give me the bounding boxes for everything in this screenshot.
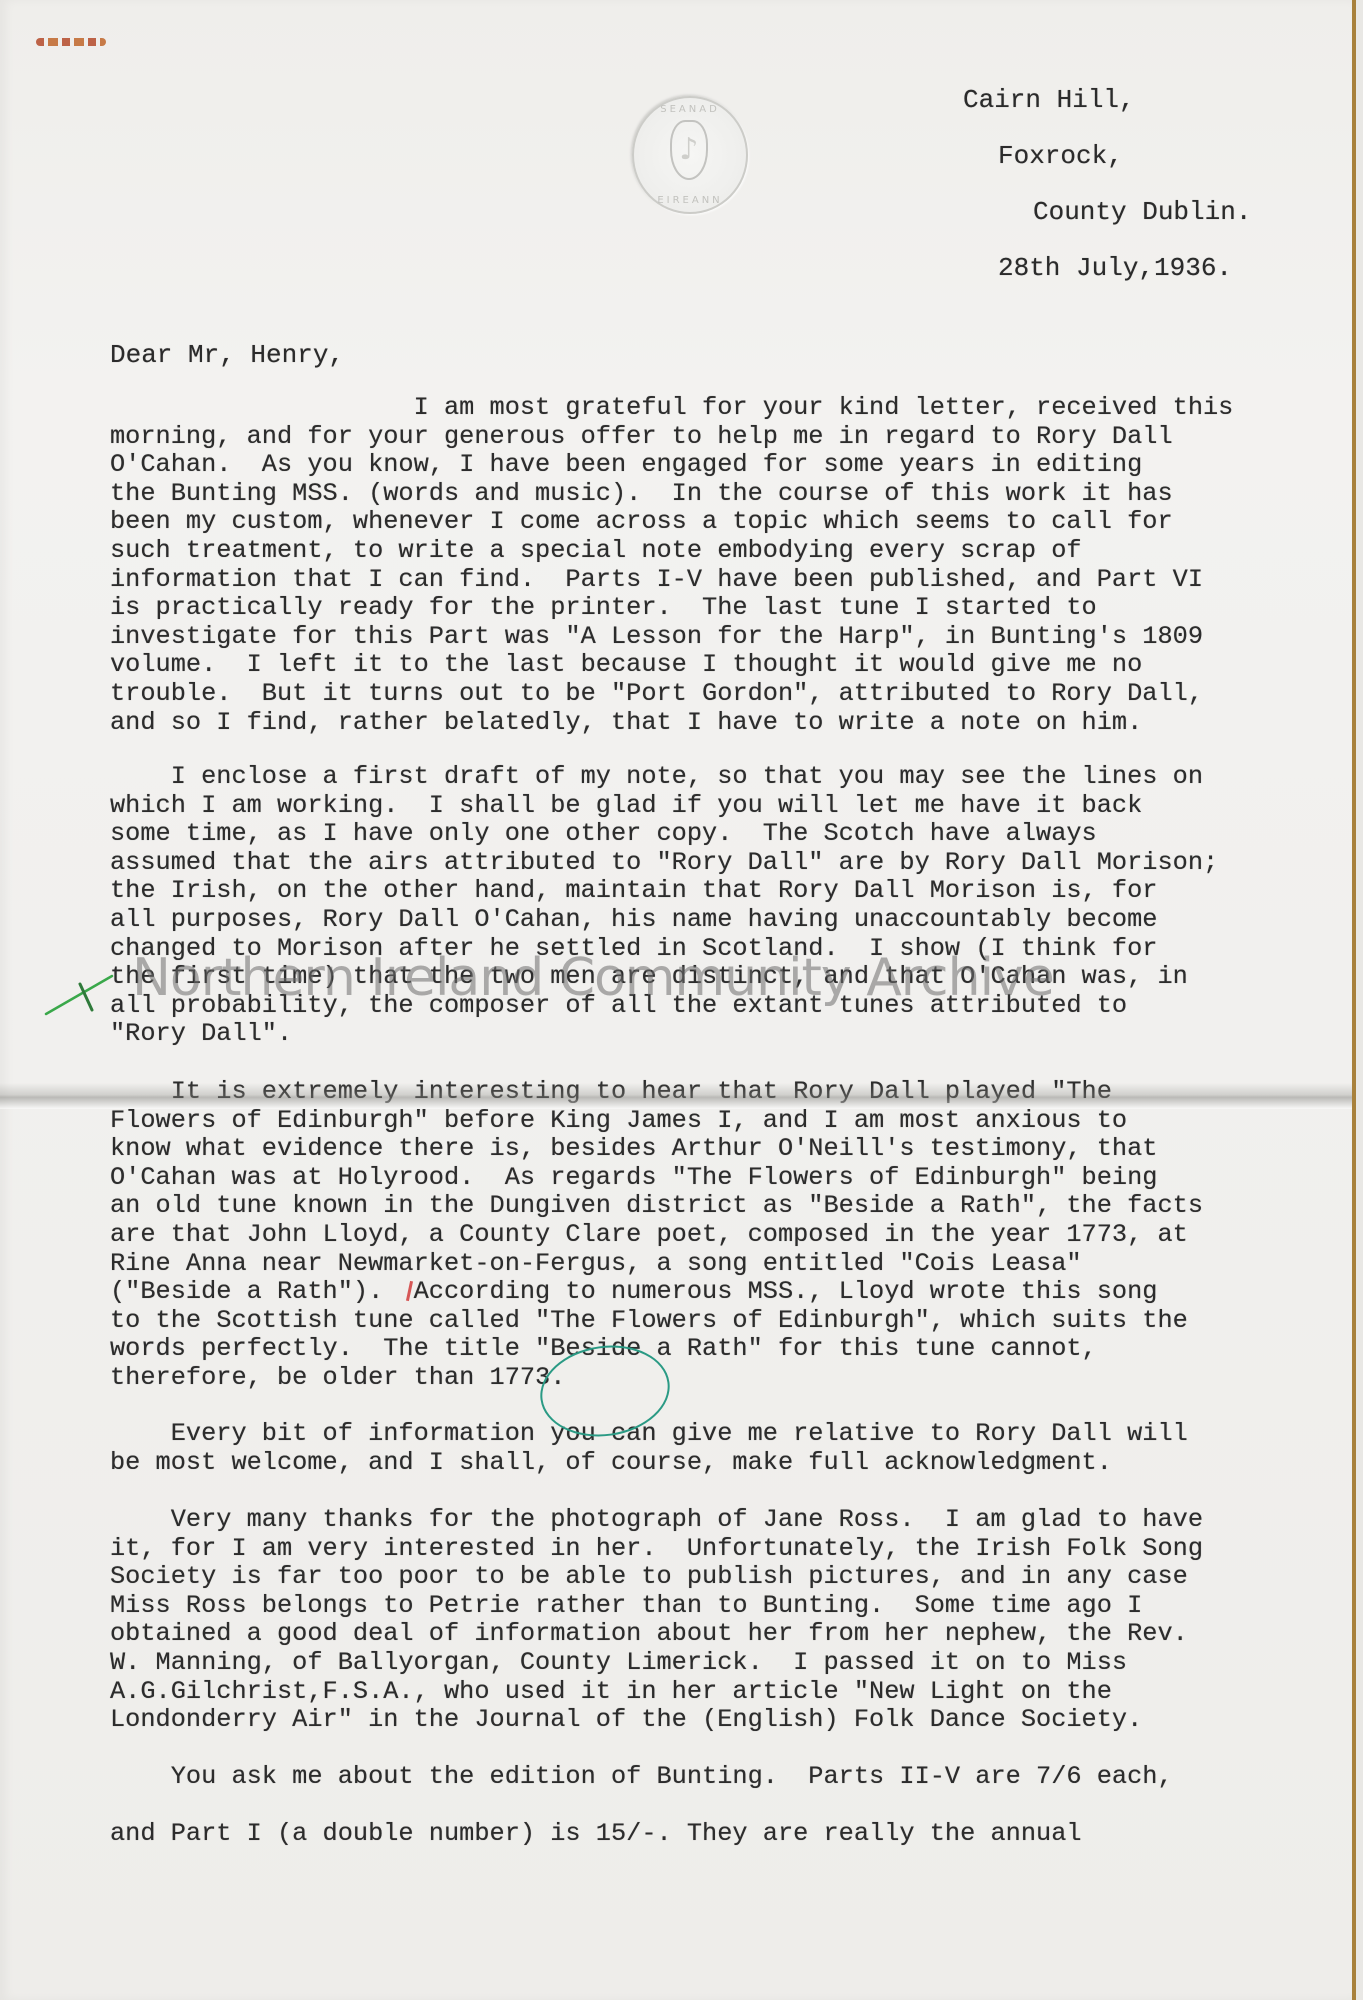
- text-line: be most welcome, and I shall, of course,…: [110, 1449, 1188, 1478]
- text-line: such treatment, to write a special note …: [110, 537, 1233, 566]
- address-line-2: Foxrock,: [998, 128, 1123, 184]
- embossed-seal: SEANAD ♪ EIREANN: [632, 96, 748, 214]
- text-line: ("Beside a Rath"). According to numerous…: [110, 1278, 1203, 1307]
- text-line: and so I find, rather belatedly, that I …: [110, 709, 1233, 738]
- text-line: know what evidence there is, besides Art…: [110, 1135, 1203, 1164]
- rust-stain: [36, 38, 106, 46]
- text-line: Every bit of information you can give me…: [110, 1420, 1188, 1449]
- paragraph-information-request: Every bit of information you can give me…: [110, 1420, 1188, 1477]
- paragraph-draft-note: I enclose a first draft of my note, so t…: [110, 763, 1218, 1049]
- text-line: and Part I (a double number) is 15/-. Th…: [110, 1820, 1082, 1849]
- text-line: Flowers of Edinburgh" before King James …: [110, 1107, 1203, 1136]
- text-line: I enclose a first draft of my note, so t…: [110, 763, 1218, 792]
- text-line: morning, and for your generous offer to …: [110, 423, 1233, 452]
- text-line: O'Cahan. As you know, I have been engage…: [110, 451, 1233, 480]
- text-line: the Bunting MSS. (words and music). In t…: [110, 480, 1233, 509]
- text-line: words perfectly. The title "Beside a Rat…: [110, 1335, 1203, 1364]
- text-line: Rine Anna near Newmarket-on-Fergus, a so…: [110, 1250, 1203, 1279]
- text-line: Miss Ross belongs to Petrie rather than …: [110, 1592, 1203, 1621]
- text-line: Londonderry Air" in the Journal of the (…: [110, 1706, 1203, 1735]
- text-line: obtained a good deal of information abou…: [110, 1620, 1203, 1649]
- green-check-mark-icon: [44, 970, 114, 1020]
- text-line: I am most grateful for your kind letter,…: [110, 394, 1233, 423]
- letter-page: SEANAD ♪ EIREANN Cairn Hill, Foxrock, Co…: [0, 0, 1356, 2000]
- text-line: You ask me about the edition of Bunting.…: [110, 1763, 1173, 1792]
- text-line: "Rory Dall".: [110, 1020, 1218, 1049]
- text-line: O'Cahan was at Holyrood. As regards "The…: [110, 1164, 1203, 1193]
- text-line: A.G.Gilchrist,F.S.A., who used it in her…: [110, 1678, 1203, 1707]
- seal-top-text: SEANAD: [634, 104, 746, 115]
- text-line: the Irish, on the other hand, maintain t…: [110, 877, 1218, 906]
- text-line: all purposes, Rory Dall O'Cahan, his nam…: [110, 906, 1218, 935]
- text-line: been my custom, whenever I come across a…: [110, 508, 1233, 537]
- text-line: all probability, the composer of all the…: [110, 992, 1218, 1021]
- text-line: are that John Lloyd, a County Clare poet…: [110, 1221, 1203, 1250]
- text-line: the first time) that the two men are dis…: [110, 963, 1218, 992]
- text-line: trouble. But it turns out to be "Port Go…: [110, 680, 1233, 709]
- paragraph-jane-ross: Very many thanks for the photograph of J…: [110, 1506, 1203, 1735]
- paragraph-bunting-edition-continued: and Part I (a double number) is 15/-. Th…: [110, 1820, 1082, 1849]
- text-line: W. Manning, of Ballyorgan, County Limeri…: [110, 1649, 1203, 1678]
- text-line: is practically ready for the printer. Th…: [110, 594, 1233, 623]
- text-line: Very many thanks for the photograph of J…: [110, 1506, 1203, 1535]
- text-line: an old tune known in the Dungiven distri…: [110, 1192, 1203, 1221]
- text-line: to the Scottish tune called "The Flowers…: [110, 1307, 1203, 1336]
- text-line: therefore, be older than 1773.: [110, 1364, 1203, 1393]
- text-line: It is extremely interesting to hear that…: [110, 1078, 1203, 1107]
- paragraph-bunting-edition: You ask me about the edition of Bunting.…: [110, 1763, 1173, 1792]
- paragraph-flowers-of-edinburgh: It is extremely interesting to hear that…: [110, 1078, 1203, 1393]
- letter-date: 28th July,1936.: [998, 240, 1232, 296]
- harp-emblem-icon: ♪: [670, 120, 708, 180]
- seal-bottom-text: EIREANN: [634, 195, 746, 206]
- address-line-3: County Dublin.: [1033, 184, 1251, 240]
- address-line-1: Cairn Hill,: [963, 72, 1135, 128]
- text-line: information that I can find. Parts I-V h…: [110, 566, 1233, 595]
- text-line: Society is far too poor to be able to pu…: [110, 1563, 1203, 1592]
- text-line: investigate for this Part was "A Lesson …: [110, 623, 1233, 652]
- text-line: which I am working. I shall be glad if y…: [110, 792, 1218, 821]
- text-line: some time, as I have only one other copy…: [110, 820, 1218, 849]
- text-line: it, for I am very interested in her. Unf…: [110, 1535, 1203, 1564]
- text-line: assumed that the airs attributed to "Ror…: [110, 849, 1218, 878]
- salutation: Dear Mr, Henry,: [110, 340, 344, 370]
- paragraph-intro: I am most grateful for your kind letter,…: [110, 394, 1233, 737]
- text-line: volume. I left it to the last because I …: [110, 651, 1233, 680]
- text-line: changed to Morison after he settled in S…: [110, 935, 1218, 964]
